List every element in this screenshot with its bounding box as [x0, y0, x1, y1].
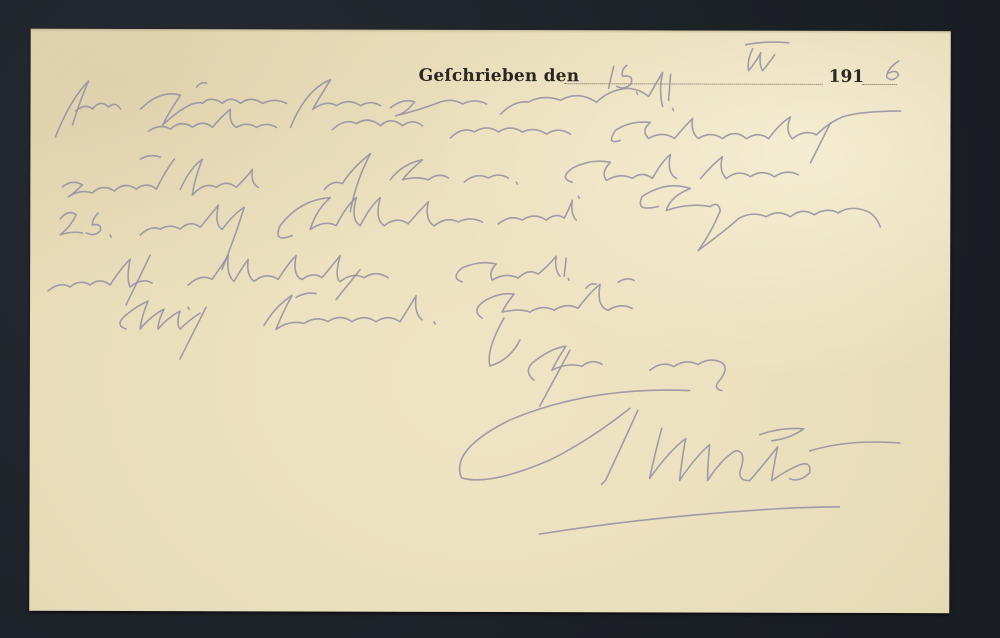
handwritten-signature — [459, 390, 899, 536]
handwritten-line-3 — [62, 153, 798, 213]
handwriting-strokes — [29, 29, 951, 613]
handwritten-line-4 — [60, 184, 880, 271]
handwritten-line-2 — [148, 109, 900, 163]
postcard: Geſchrieben den 191 — [29, 29, 951, 613]
handwritten-line-5 — [48, 255, 569, 306]
handwritten-line-6 — [120, 277, 634, 366]
handwritten-line-1 — [55, 71, 673, 139]
handwritten-line-7 — [528, 346, 725, 407]
handwritten-date — [609, 42, 899, 95]
